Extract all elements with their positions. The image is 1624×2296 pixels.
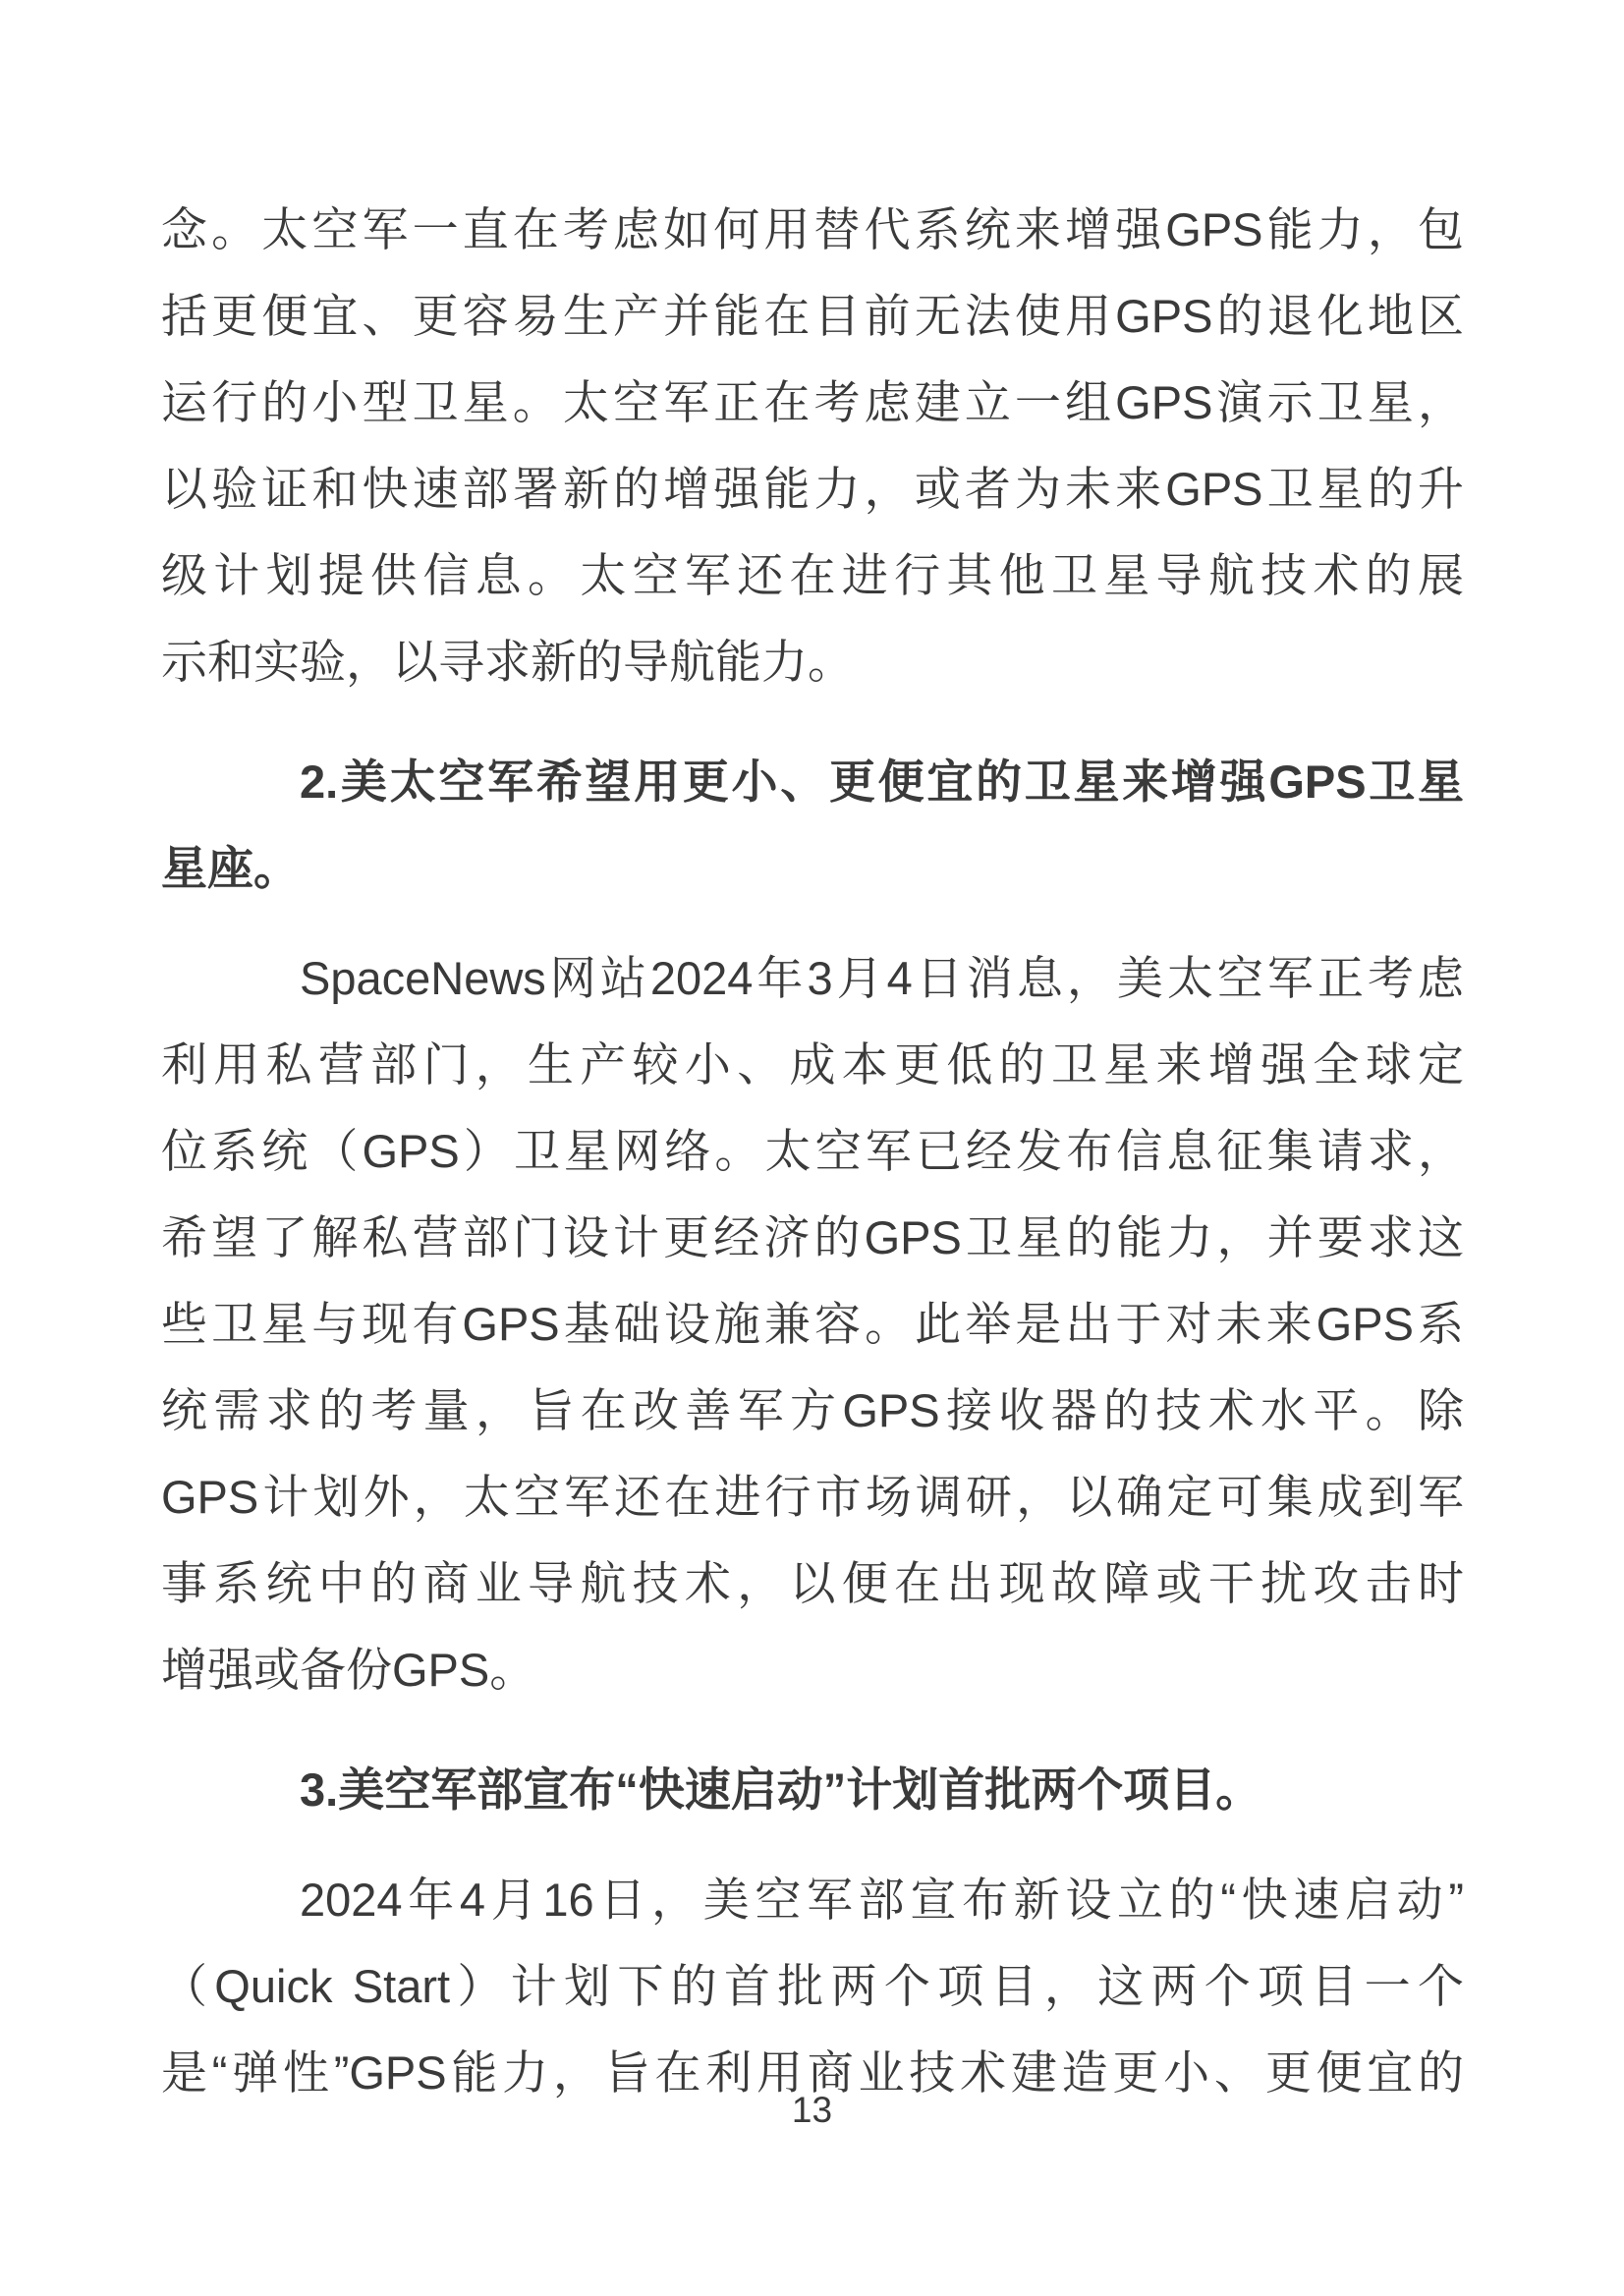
text-line: 3.美空军部宣布“快速启动”计划首批两个项目。	[161, 1747, 1464, 1833]
paragraph: 2024年4月16日，美空军部宣布新设立的“快速启动”（Quick Start）…	[161, 1857, 1464, 2116]
document-body: 念。太空军一直在考虑如何用替代系统来增强GPS能力，包括更便宜、更容易生产并能在…	[161, 187, 1464, 2116]
paragraph: 念。太空军一直在考虑如何用替代系统来增强GPS能力，包括更便宜、更容易生产并能在…	[161, 187, 1464, 705]
section-heading: 3.美空军部宣布“快速启动”计划首批两个项目。	[161, 1747, 1464, 1833]
document-page: 念。太空军一直在考虑如何用替代系统来增强GPS能力，包括更便宜、更容易生产并能在…	[0, 0, 1624, 2296]
text-line: 星座。	[161, 825, 1464, 912]
text-line: GPS计划外，太空军还在进行市场调研，以确定可集成到军	[161, 1454, 1464, 1540]
text-line: 2024年4月16日，美空军部宣布新设立的“快速启动”	[161, 1857, 1464, 1943]
page-number: 13	[0, 2089, 1624, 2132]
text-line: （Quick Start）计划下的首批两个项目，这两个项目一个	[161, 1943, 1464, 2030]
text-line: 事系统中的商业导航技术，以便在出现故障或干扰攻击时	[161, 1540, 1464, 1627]
text-line: 念。太空军一直在考虑如何用替代系统来增强GPS能力，包	[161, 187, 1464, 273]
text-line: SpaceNews网站2024年3月4日消息，美太空军正考虑	[161, 935, 1464, 1022]
text-line: 级计划提供信息。太空军还在进行其他卫星导航技术的展	[161, 532, 1464, 619]
text-line: 示和实验，以寻求新的导航能力。	[161, 619, 1464, 705]
text-line: 增强或备份GPS。	[161, 1627, 1464, 1713]
text-line: 希望了解私营部门设计更经济的GPS卫星的能力，并要求这	[161, 1195, 1464, 1281]
section-heading: 2.美太空军希望用更小、更便宜的卫星来增强GPS卫星星座。	[161, 739, 1464, 912]
text-line: 利用私营部门，生产较小、成本更低的卫星来增强全球定	[161, 1022, 1464, 1108]
text-line: 些卫星与现有GPS基础设施兼容。此举是出于对未来GPS系	[161, 1281, 1464, 1368]
text-line: 2.美太空军希望用更小、更便宜的卫星来增强GPS卫星	[161, 739, 1464, 825]
text-line: 运行的小型卫星。太空军正在考虑建立一组GPS演示卫星，	[161, 360, 1464, 446]
text-line: 以验证和快速部署新的增强能力，或者为未来GPS卫星的升	[161, 446, 1464, 532]
text-line: 统需求的考量，旨在改善军方GPS接收器的技术水平。除	[161, 1368, 1464, 1454]
text-line: 括更便宜、更容易生产并能在目前无法使用GPS的退化地区	[161, 273, 1464, 360]
text-line: 位系统（GPS）卫星网络。太空军已经发布信息征集请求，	[161, 1108, 1464, 1195]
paragraph: SpaceNews网站2024年3月4日消息，美太空军正考虑利用私营部门，生产较…	[161, 935, 1464, 1713]
